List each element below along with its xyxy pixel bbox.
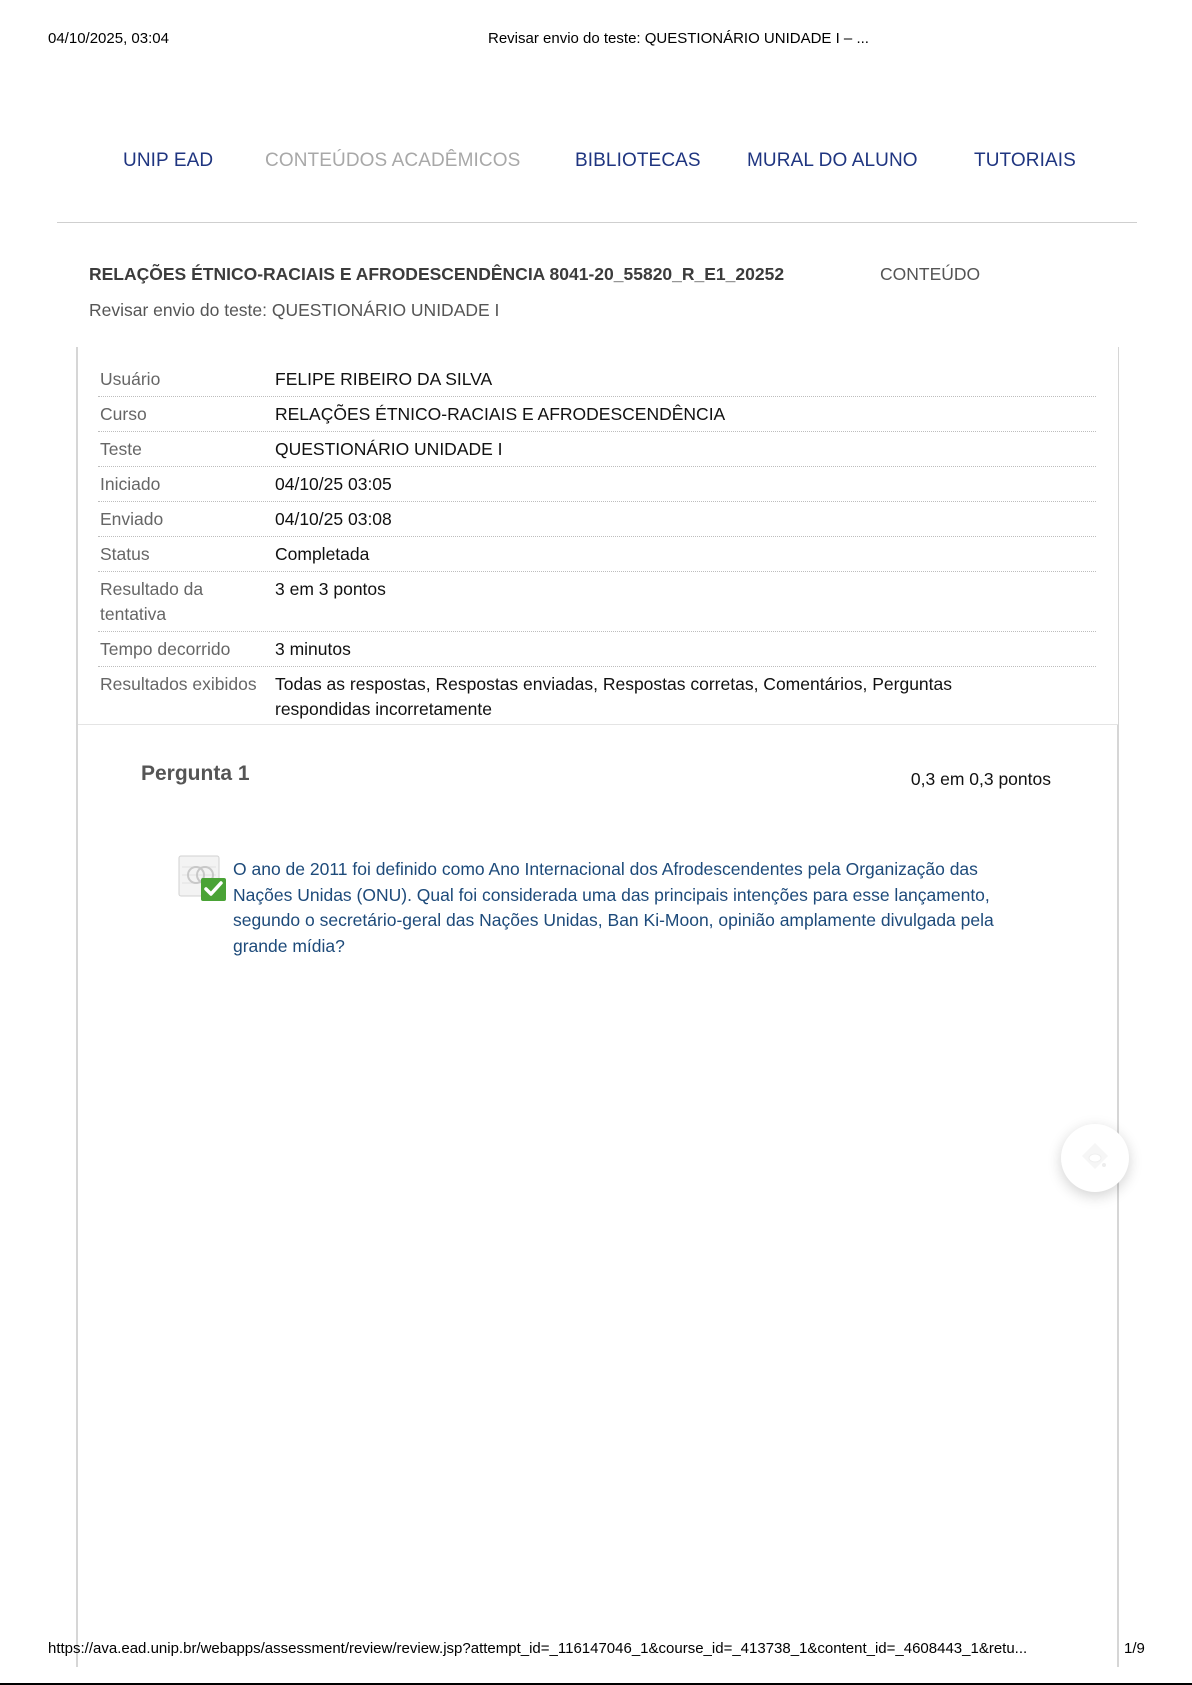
info-value: 04/10/25 03:05 xyxy=(275,472,1094,497)
info-label: Enviado xyxy=(100,507,275,532)
page-title: Revisar envio do teste: QUESTIONÁRIO UNI… xyxy=(89,300,499,321)
info-label: Usuário xyxy=(100,367,275,392)
info-row-usuario: Usuário FELIPE RIBEIRO DA SILVA xyxy=(98,362,1096,397)
question-title: Pergunta 1 xyxy=(141,762,250,786)
nav-divider xyxy=(57,222,1137,223)
info-row-curso: Curso RELAÇÕES ÉTNICO-RACIAIS E AFRODESC… xyxy=(98,397,1096,432)
attempt-info-table: Usuário FELIPE RIBEIRO DA SILVA Curso RE… xyxy=(98,362,1096,726)
print-footer: https://ava.ead.unip.br/webapps/assessme… xyxy=(0,1640,1192,1660)
info-value: 3 minutos xyxy=(275,637,1094,662)
info-label: Status xyxy=(100,542,275,567)
print-page-number: 1/9 xyxy=(1124,1640,1145,1657)
info-value: Todas as respostas, Respostas enviadas, … xyxy=(275,672,1094,722)
info-row-iniciado: Iniciado 04/10/25 03:05 xyxy=(98,467,1096,502)
help-assistant-button[interactable] xyxy=(1061,1124,1129,1192)
info-value: 3 em 3 pontos xyxy=(275,577,1094,627)
print-url: https://ava.ead.unip.br/webapps/assessme… xyxy=(48,1640,1027,1657)
info-row-status: Status Completada xyxy=(98,537,1096,572)
nav-conteudos-academicos[interactable]: CONTEÚDOS ACADÊMICOS xyxy=(265,150,520,172)
info-label: Resultado da tentativa xyxy=(100,577,275,627)
nav-bibliotecas[interactable]: BIBLIOTECAS xyxy=(575,150,701,172)
question-text: O ano de 2011 foi definido como Ano Inte… xyxy=(233,857,1033,960)
course-title[interactable]: RELAÇÕES ÉTNICO-RACIAIS E AFRODESCENDÊNC… xyxy=(89,264,784,285)
help-assistant-icon xyxy=(1077,1138,1113,1178)
info-row-resultado: Resultado da tentativa 3 em 3 pontos xyxy=(98,572,1096,632)
print-datetime: 04/10/2025, 03:04 xyxy=(48,30,169,47)
info-value: 04/10/25 03:08 xyxy=(275,507,1094,532)
info-label: Iniciado xyxy=(100,472,275,497)
info-label: Curso xyxy=(100,402,275,427)
info-label: Tempo decorrido xyxy=(100,637,275,662)
nav-unip-ead[interactable]: UNIP EAD xyxy=(123,150,213,172)
print-page-title: Revisar envio do teste: QUESTIONÁRIO UNI… xyxy=(488,30,869,47)
top-navigation: UNIP EAD CONTEÚDOS ACADÊMICOS BIBLIOTECA… xyxy=(0,140,1192,180)
breadcrumb-conteudo[interactable]: CONTEÚDO xyxy=(880,264,980,285)
correct-answer-icon xyxy=(178,855,228,905)
info-value: QUESTIONÁRIO UNIDADE I xyxy=(275,437,1094,462)
info-row-teste: Teste QUESTIONÁRIO UNIDADE I xyxy=(98,432,1096,467)
info-value: FELIPE RIBEIRO DA SILVA xyxy=(275,367,1094,392)
question-score: 0,3 em 0,3 pontos xyxy=(911,769,1051,790)
info-row-resultados-exibidos: Resultados exibidos Todas as respostas, … xyxy=(98,667,1096,726)
nav-tutoriais[interactable]: TUTORIAIS xyxy=(974,150,1076,172)
info-label: Resultados exibidos xyxy=(100,672,275,722)
info-label: Teste xyxy=(100,437,275,462)
info-row-tempo: Tempo decorrido 3 minutos xyxy=(98,632,1096,667)
info-row-enviado: Enviado 04/10/25 03:08 xyxy=(98,502,1096,537)
info-value: RELAÇÕES ÉTNICO-RACIAIS E AFRODESCENDÊNC… xyxy=(275,402,1094,427)
print-header: 04/10/2025, 03:04 Revisar envio do teste… xyxy=(0,30,1192,50)
info-value: Completada xyxy=(275,542,1094,567)
nav-mural-do-aluno[interactable]: MURAL DO ALUNO xyxy=(747,150,918,172)
